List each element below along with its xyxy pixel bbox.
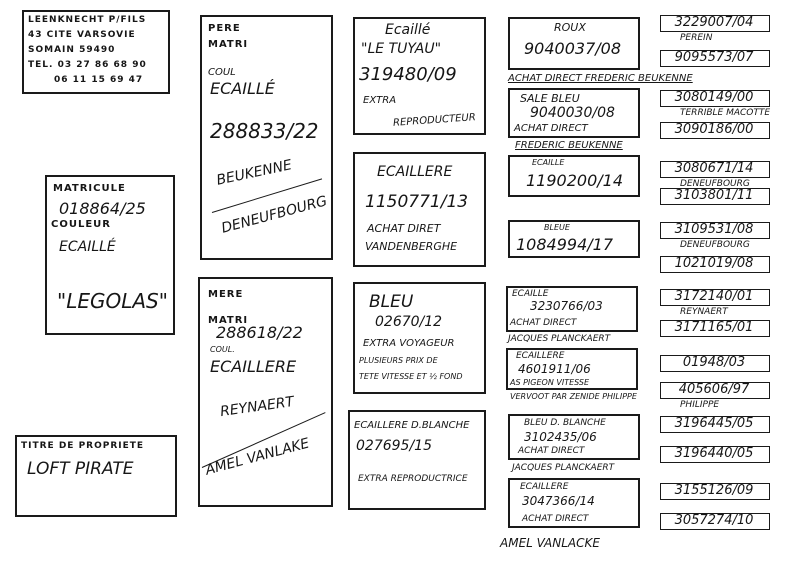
ggp-note: ACHAT DIRECT (522, 514, 588, 524)
father-box: PERE MATRI COUL ECAILLÉ 288833/22 BEUKEN… (200, 15, 333, 260)
mother-box: MERE MATRI 288618/22 COUL. ECAILLERE REY… (198, 277, 333, 507)
bird-box: MATRICULE 018864/25 COULEUR ECAILLÉ "LEG… (45, 175, 175, 335)
great-grandparent-box-6: ECAILLERE 4601911/06 AS PIGEON VITESSE (506, 348, 638, 390)
grandparent-breeder: VANDENBERGHE (365, 240, 457, 253)
ancestor-breeder: PHILIPPE (680, 400, 719, 410)
ancestor-box: 3155126/09 (660, 483, 770, 500)
ancestor-matricule: 3103801/11 (661, 189, 767, 203)
ggp-breeder: ACHAT DIRECT FREDERIC BEUKENNE (508, 73, 693, 84)
grandparent-note: EXTRA REPRODUCTRICE (358, 474, 468, 484)
father-color: ECAILLÉ (210, 79, 275, 98)
ggp-note: AS PIGEON VITESSE (510, 378, 589, 387)
grandparent-matricule: 1150771/13 (365, 192, 468, 212)
owner-box: LEENKNECHT P/FILS 43 CITE VARSOVIE SOMAI… (22, 10, 170, 94)
grandparent-box-2: ECAILLERE 1150771/13 ACHAT DIRET VANDENB… (353, 152, 486, 267)
ancestor-matricule: 3171165/01 (661, 321, 767, 335)
ancestor-matricule: 3109531/08 (661, 223, 767, 237)
ancestor-box: 3196440/05 (660, 446, 770, 463)
ancestor-breeder: REYNAERT (680, 307, 728, 317)
grandparent-matricule: 02670/12 (375, 314, 442, 330)
great-grandparent-box-4: BLEUE 1084994/17 (508, 220, 640, 258)
ancestor-matricule: 3196445/05 (661, 417, 767, 431)
grandparent-color: ECAILLERE (377, 164, 452, 180)
ggp-color: ECAILLERE (520, 482, 568, 492)
loft-name: LOFT PIRATE (27, 459, 134, 479)
great-grandparent-box-7: BLEU D. BLANCHE 3102435/06 ACHAT DIRECT (508, 414, 640, 460)
owner-mobile: 06 11 15 69 47 (54, 75, 143, 85)
owner-name: LEENKNECHT P/FILS (28, 15, 146, 25)
ggp-color: BLEUE (544, 223, 570, 232)
grandparent-color: BLEU (369, 292, 413, 312)
grandparent-note: EXTRA VOYAGEUR (363, 338, 454, 349)
great-grandparent-box-5: ECAILLE 3230766/03 ACHAT DIRECT (506, 286, 638, 332)
grandparent-box-4: ECAILLERE D.BLANCHE 027695/15 EXTRA REPR… (348, 410, 486, 510)
bird-matricule: 018864/25 (59, 199, 146, 218)
ggp-matricule: 4601911/06 (518, 362, 591, 376)
father-label: PERE (208, 23, 241, 34)
bird-color: ECAILLÉ (59, 239, 116, 255)
ggp-color: ECAILLERE (516, 351, 564, 361)
ancestor-matricule: 3080671/14 (661, 162, 767, 176)
ancestor-box: 3109531/08 (660, 222, 770, 239)
ggp-matricule: 3230766/03 (530, 299, 603, 313)
mother-label: MERE (208, 289, 243, 300)
ggp-matricule: 1190200/14 (526, 171, 623, 190)
ancestor-box: 3057274/10 (660, 513, 770, 530)
ancestor-breeder: TERRIBLE MACOTTE (680, 108, 770, 118)
ancestor-box: 405606/97 (660, 382, 770, 399)
grandparent-matricule: 027695/15 (356, 438, 432, 454)
couleur-label: COULEUR (51, 219, 111, 230)
ancestor-box: 3172140/01 (660, 289, 770, 306)
grandparent-color: ECAILLERE D.BLANCHE (354, 420, 469, 431)
owner-address: 43 CITE VARSOVIE (28, 30, 136, 40)
ancestor-matricule: 405606/97 (661, 383, 767, 397)
ancestor-matricule: 3090186/00 (661, 123, 767, 137)
grandparent-note: PLUSIEURS PRIX DE (359, 356, 438, 365)
great-grandparent-box-8: ECAILLERE 3047366/14 ACHAT DIRECT (508, 478, 640, 528)
father-matricule: 288833/22 (210, 119, 319, 143)
ancestor-matricule: 3172140/01 (661, 290, 767, 304)
ggp-note: ACHAT DIRECT (518, 446, 584, 456)
ancestor-breeder: PEREIN (680, 33, 712, 43)
grandparent-note: EXTRA (363, 95, 396, 106)
ggp-breeder: FREDERIC BEUKENNE (515, 140, 623, 151)
grandparent-box-1: Ecaillé "LE TUYAU" 319480/09 EXTRA REPRO… (353, 17, 486, 135)
owner-phone: TEL. 03 27 86 68 90 (28, 60, 147, 70)
ancestor-matricule: 3155126/09 (661, 484, 767, 498)
ggp-color: BLEU D. BLANCHE (524, 418, 606, 428)
ancestor-matricule: 3229007/04 (661, 16, 767, 30)
ancestor-box: 3090186/00 (660, 122, 770, 139)
ggp-matricule: 3047366/14 (522, 494, 595, 508)
ggp-matricule: 1084994/17 (516, 235, 613, 254)
ggp-matricule: 9040037/08 (524, 39, 621, 58)
ggp-note: ACHAT DIRECT (514, 123, 588, 134)
grandparent-name: "LE TUYAU" (361, 41, 441, 57)
father-matri-label: MATRI (208, 39, 248, 50)
ggp-color: ECAILLE (512, 289, 549, 299)
ancestor-matricule: 1021019/08 (661, 257, 767, 271)
mother-color: ECAILLERE (210, 357, 296, 376)
ggp-note: ACHAT DIRECT (510, 318, 576, 328)
ancestor-matricule: 3196440/05 (661, 447, 767, 461)
ggp-color: ECAILLE (532, 158, 564, 167)
grandparent-matricule: 319480/09 (359, 64, 457, 85)
ancestor-matricule: 3080149/00 (661, 91, 767, 105)
father-coul-label: COUL (208, 67, 236, 78)
ggp-breeder: VERVOOT PAR ZENIDE PHILIPPE (510, 392, 637, 401)
ancestor-box: 3080671/14 (660, 161, 770, 178)
ancestor-matricule: 3057274/10 (661, 514, 767, 528)
matricule-label: MATRICULE (53, 183, 126, 194)
ancestor-matricule: 01948/03 (661, 356, 767, 370)
grandparent-note: TETE VITESSE ET ½ FOND (359, 372, 463, 381)
ggp-breeder: JACQUES PLANCKAERT (512, 463, 614, 473)
ancestor-box: 3196445/05 (660, 416, 770, 433)
owner-city: SOMAIN 59490 (28, 45, 115, 55)
mother-matricule: 288618/22 (216, 323, 303, 342)
bird-name: "LEGOLAS" (57, 289, 168, 313)
ancestor-box: 3171165/01 (660, 320, 770, 337)
ancestor-box: 1021019/08 (660, 256, 770, 273)
ancestor-breeder: DENEUFBOURG (680, 240, 750, 250)
ancestor-box: 3080149/00 (660, 90, 770, 107)
ggp-color: SALE BLEU (520, 92, 580, 105)
ancestor-box: 01948/03 (660, 355, 770, 372)
ancestor-box: 3229007/04 (660, 15, 770, 32)
grandparent-note: REPRODUCTEUR (393, 112, 476, 129)
ggp-color: ROUX (554, 21, 586, 34)
father-breeder-bottom: DENEUFBOURG (220, 193, 329, 237)
ggp-breeder: AMEL VANLACKE (500, 536, 600, 550)
father-breeder-top: BEUKENNE (215, 157, 293, 189)
title-label: TITRE DE PROPRIETE (21, 441, 144, 451)
great-grandparent-box-1: ROUX 9040037/08 (508, 17, 640, 70)
title-box: TITRE DE PROPRIETE LOFT PIRATE (15, 435, 177, 517)
ggp-matricule: 9040030/08 (530, 105, 615, 121)
grandparent-color: Ecaillé (385, 22, 430, 38)
ancestor-matricule: 9095573/07 (661, 51, 767, 65)
ggp-breeder: JACQUES PLANCKAERT (508, 334, 610, 344)
mother-breeder-top: REYNAERT (219, 394, 295, 420)
grandparent-note: ACHAT DIRET (367, 222, 440, 235)
mother-coul-label: COUL. (210, 345, 235, 354)
ancestor-box: 3103801/11 (660, 188, 770, 205)
ggp-matricule: 3102435/06 (524, 430, 597, 444)
ancestor-box: 9095573/07 (660, 50, 770, 67)
grandparent-box-3: BLEU 02670/12 EXTRA VOYAGEUR PLUSIEURS P… (353, 282, 486, 394)
great-grandparent-box-2: SALE BLEU 9040030/08 ACHAT DIRECT (508, 88, 640, 138)
great-grandparent-box-3: ECAILLE 1190200/14 (508, 155, 640, 197)
